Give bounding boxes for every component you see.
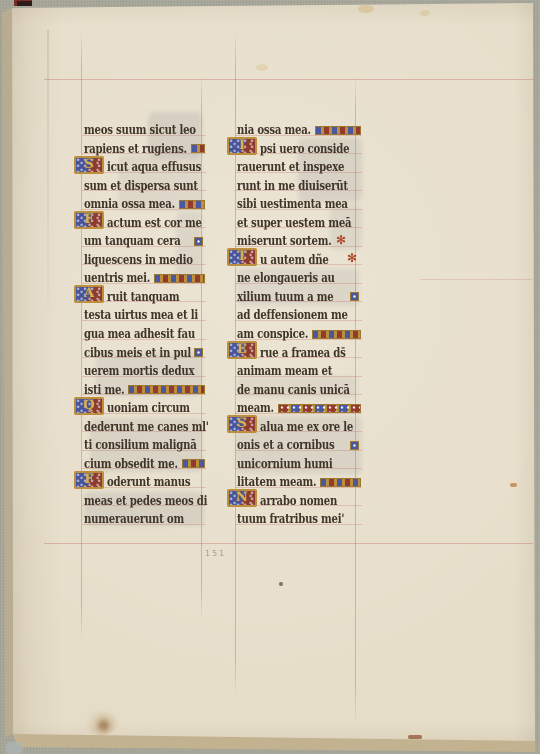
text-column-right: nia ossa mea.Ipsi uero considerauerunt e… [237,119,359,527]
line-filler-square [194,237,203,246]
parchment-stain [420,10,430,16]
manuscript-text-line: ti consilium malignā [84,434,203,453]
manuscript-text-line: meas et pedes meos di [84,490,203,509]
manuscript-text-line: numerauerunt om [84,508,203,527]
manuscript-text-line: testa uirtus mea et li [84,304,203,323]
manuscript-text-line: dederunt me canes ml' [84,416,203,435]
manuscript-text-line: Foderunt manus [84,471,203,490]
manuscript-text-line: Aruit tanquam [84,286,203,305]
manuscript-text-line: meos suum sicut leo [84,119,203,138]
line-filler-square [350,441,359,450]
ruling-vertical-line [81,30,82,642]
illuminated-initial: F [74,211,104,229]
manuscript-text-line: rauerunt et inspexe [237,156,359,175]
illuminated-initial: Q [74,397,104,415]
manuscript-text-line: miserunt sortem.✻ [237,230,359,249]
manuscript-text-line: xilium tuum a me [237,286,359,305]
manuscript-text-line: Quoniam circum [84,397,203,416]
backdrop-mark [6,742,22,754]
parchment-stain [510,483,517,487]
illuminated-initial: S [74,156,104,174]
manuscript-text-line: animam meam et [237,360,359,379]
manuscript-text-line: nia ossa mea. [237,119,359,138]
manuscript-text-line: liquescens in medio [84,249,203,268]
ruling-horizontal-line [44,79,533,80]
parchment-crease [47,30,49,310]
manuscript-text-line: gua mea adhesit fau [84,323,203,342]
manuscript-page-photo: meos suum sicut leorapiens et rugiens.Si… [0,0,540,754]
line-filler-bar [312,330,361,339]
ink-speck [279,582,283,586]
parchment-stain [82,711,118,735]
manuscript-text-line: isti me. [84,379,203,398]
manuscript-text-line: Factum est cor me [84,212,203,231]
parchment-stain [358,5,374,13]
manuscript-text-line: sum et dispersa sunt [84,175,203,194]
illuminated-initial: T [227,248,257,266]
line-filler-flower: ✻ [336,234,349,247]
manuscript-text-line: de manu canis unicā [237,379,359,398]
manuscript-text-line: ne elongaueris au [237,267,359,286]
ruling-horizontal-line [420,279,533,280]
manuscript-text-line: Sicut aqua effusus [84,156,203,175]
manuscript-text-line: Narrabo nomen [237,490,359,509]
line-filler-bar [315,126,361,135]
illuminated-initial: I [227,137,257,155]
binding-headband [14,0,32,6]
manuscript-text-line: tuum fratribus mei' [237,508,359,527]
margin-flower-ornament: ✻ [347,252,360,265]
illuminated-initial: F [74,471,104,489]
manuscript-text-line: unicornium humi [237,453,359,472]
line-filler-bar-cross [278,404,361,413]
manuscript-text-line: ad deffensionem me [237,304,359,323]
illuminated-initial: S [227,415,257,433]
line-filler-bar [320,478,361,487]
manuscript-text-line: onis et a cornibus [237,434,359,453]
illuminated-initial: N [227,489,257,507]
line-filler-bar [191,144,205,153]
manuscript-text-line: rapiens et rugiens. [84,138,203,157]
manuscript-text-line: cibus meis et in pul [84,342,203,361]
ruling-vertical-line [235,30,236,698]
line-filler-bar [182,459,205,468]
ruling-horizontal-line [44,543,533,544]
manuscript-text-line: Ipsi uero conside [237,138,359,157]
manuscript-text-line: cium obsedit me. [84,453,203,472]
manuscript-text-line: am conspice. [237,323,359,342]
manuscript-text-line: uentris mei. [84,267,203,286]
line-filler-square [350,292,359,301]
folio-number: 151 [205,549,226,559]
manuscript-text-line: Salua me ex ore le [237,416,359,435]
manuscript-text-line: um tanquam cera [84,230,203,249]
manuscript-text-line: uerem mortis dedux [84,360,203,379]
parchment-stain [256,64,268,71]
psalm-text: numerauerunt om [84,511,184,529]
illuminated-initial: A [74,285,104,303]
manuscript-text-line: Tu autem dñe✻ [237,249,359,268]
manuscript-text-line: et super uestem meā [237,212,359,231]
manuscript-text-line: sibi uestimenta mea [237,193,359,212]
manuscript-text-line: omnia ossa mea. [84,193,203,212]
parchment-stain [408,735,422,739]
manuscript-text-line: litatem meam. [237,471,359,490]
manuscript-text-line: Erue a framea ds̄ [237,342,359,361]
illuminated-initial: E [227,341,257,359]
manuscript-text-line: meam. [237,397,359,416]
line-filler-bar [154,274,205,283]
line-filler-bar [179,200,205,209]
text-column-left: meos suum sicut leorapiens et rugiens.Si… [84,119,203,527]
line-filler-square [194,348,203,357]
line-filler-bar [128,385,205,394]
manuscript-text-line: runt in me diuiserūt [237,175,359,194]
psalm-text: tuum fratribus mei' [237,511,344,529]
